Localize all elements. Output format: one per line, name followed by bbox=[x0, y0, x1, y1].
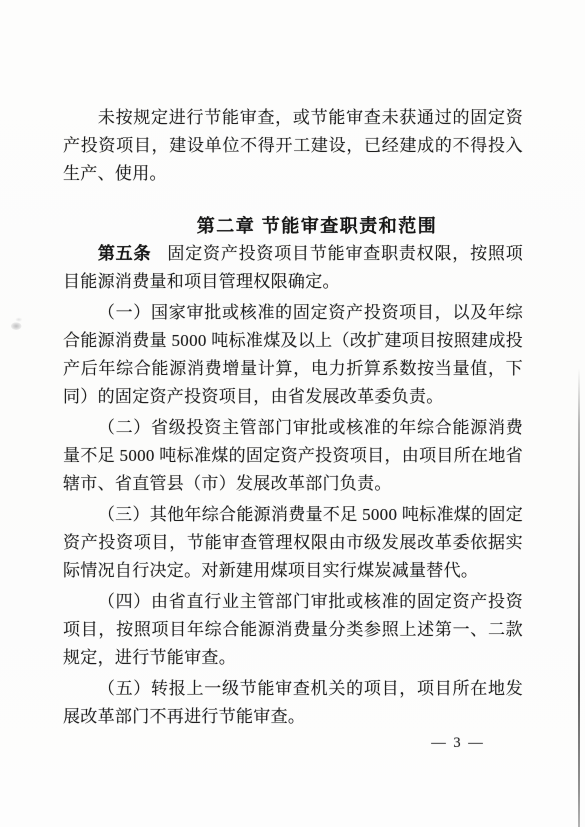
clause-3: （三）其他年综合能源消费量不足 5000 吨标准煤的固定资产投资项目，节能审查管… bbox=[63, 501, 523, 585]
article-5-label: 第五条 bbox=[98, 244, 151, 263]
chapter-heading: 第二章 节能审查职责和范围 bbox=[87, 212, 547, 240]
scanned-document-page: 未按规定进行节能审查，或节能审查未获通过的固定资产投资项目，建设单位不得开工建设… bbox=[0, 0, 585, 827]
document-body: 未按规定进行节能审查，或节能审查未获通过的固定资产投资项目，建设单位不得开工建设… bbox=[63, 104, 523, 731]
clause-5: （五）转报上一级节能审查机关的项目，项目所在地发展改革部门不再进行节能审查。 bbox=[63, 675, 523, 731]
article-5-paragraph: 第五条固定资产投资项目节能审查职责权限，按照项目能源消费量和项目管理权限确定。 bbox=[63, 240, 523, 296]
scan-smudge-artifact bbox=[11, 317, 24, 330]
intro-paragraph: 未按规定进行节能审查，或节能审查未获通过的固定资产投资项目，建设单位不得开工建设… bbox=[63, 104, 523, 188]
clause-1: （一）国家审批或核准的固定资产投资项目，以及年综合能源消费量 5000 吨标准煤… bbox=[63, 299, 523, 411]
clause-2: （二）省级投资主管部门审批或核准的年综合能源消费量不足 5000 吨标准煤的固定… bbox=[63, 414, 523, 498]
page-number: — 3 — bbox=[424, 735, 492, 752]
clause-4: （四）由省直行业主管部门审批或核准的固定资产投资项目，按照项目年综合能源消费量分… bbox=[63, 588, 523, 672]
scan-line-artifact bbox=[578, 368, 580, 827]
